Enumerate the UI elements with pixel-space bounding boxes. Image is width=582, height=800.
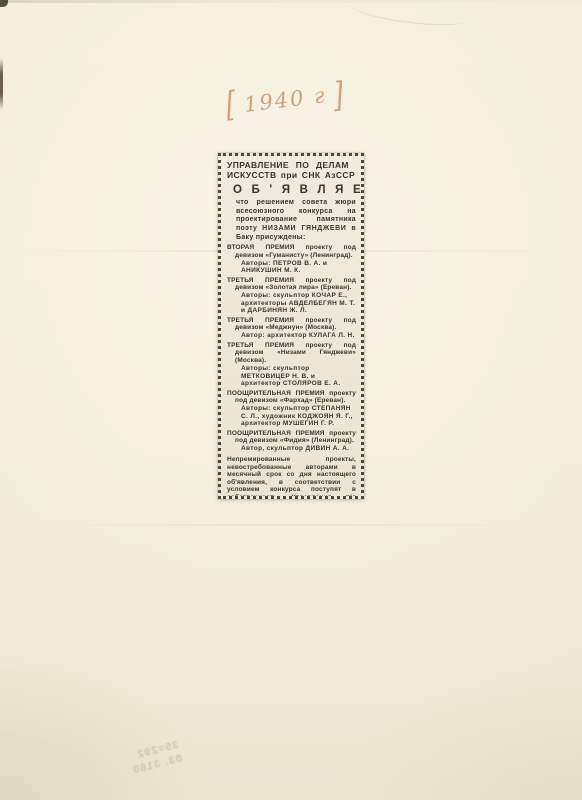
- award-item-third-prize-3: ТРЕТЬЯ ПРЕМИЯ проекту под девизом «Низам…: [227, 342, 356, 388]
- award-authors: Авторы: скульптор МЕТКОВИЦЕР Н. В. и арх…: [235, 365, 356, 388]
- scan-edge-top: [0, 0, 582, 3]
- newspaper-clipping: УПРАВЛЕНИЕ ПО ДЕЛАМ ИСКУССТВ при СНК АзС…: [218, 153, 364, 499]
- award-title: ПООЩРИТЕЛЬНАЯ ПРЕМИЯ: [227, 390, 325, 397]
- handwritten-year-annotation: [ 1940 г ]: [203, 71, 366, 129]
- award-title: ПООЩРИТЕЛЬНАЯ ПРЕМИЯ: [227, 430, 325, 437]
- award-title: ТРЕТЬЯ ПРЕМИЯ: [227, 342, 294, 349]
- scan-edge-notch: [0, 0, 8, 7]
- scanned-page: [ 1940 г ] УПРАВЛЕНИЕ ПО ДЕЛАМ ИСКУССТВ …: [0, 0, 582, 800]
- award-title: ТРЕТЬЯ ПРЕМИЯ: [227, 317, 294, 324]
- award-authors: Авторы: скульптор СТЕПАНЯН С. Л., художн…: [235, 405, 356, 428]
- award-item-second-prize: ВТОРАЯ ПРЕМИЯ проекту под девизом «Гуман…: [227, 244, 356, 275]
- scan-edge-streak: [0, 58, 3, 110]
- award-authors: Авторы: скульптор КОЧАР Е., архитекторы …: [235, 292, 356, 315]
- intro-paragraph: что решением совета жюри всесоюзного кон…: [227, 199, 356, 242]
- poet-name: НИЗАМИ ГЯНДЖЕВИ: [262, 225, 346, 232]
- award-authors: Авторы: ПЕТРОВ В. А. и АНИКУШИН М. К.: [235, 260, 356, 275]
- award-authors: Автор, скульптор ДИВИН А. А.: [235, 445, 356, 453]
- award-authors: Автор: архитектор КУЛАГА Л. Н.: [235, 332, 356, 340]
- paper-fold-line-lower: [0, 524, 582, 526]
- annotation-year-text: 1940 г: [242, 83, 327, 117]
- award-item-encouragement-1: ПООЩРИТЕЛЬНАЯ ПРЕМИЯ проекту под девизом…: [227, 390, 356, 428]
- annotation-left-bracket: [: [225, 87, 238, 122]
- org-name-line1: УПРАВЛЕНИЕ ПО ДЕЛАМ: [227, 160, 356, 170]
- award-item-encouragement-2: ПООЩРИТЕЛЬНАЯ ПРЕМИЯ проекту под девизом…: [227, 430, 356, 453]
- award-title: ТРЕТЬЯ ПРЕМИЯ: [227, 277, 294, 284]
- annotation-right-bracket: ]: [332, 78, 345, 113]
- award-item-third-prize-2: ТРЕТЬЯ ПРЕМИЯ проекту под девизом «Меджн…: [227, 317, 356, 340]
- award-title: ВТОРАЯ ПРЕМИЯ: [227, 244, 295, 251]
- award-item-third-prize-1: ТРЕТЬЯ ПРЕМИЯ проекту под девизом «Золот…: [227, 277, 356, 315]
- announcement-headline: О Б ' Я В Л Я Е Т ,: [233, 184, 356, 196]
- footer-paragraph: Непремированные проекты, невостребованны…: [227, 456, 356, 499]
- bleed-through-stamp: 35=292 03. 3160: [60, 738, 183, 795]
- paper-crease-top: [349, 0, 471, 30]
- org-name-line2: ИСКУССТВ при СНК АзССР: [227, 170, 356, 180]
